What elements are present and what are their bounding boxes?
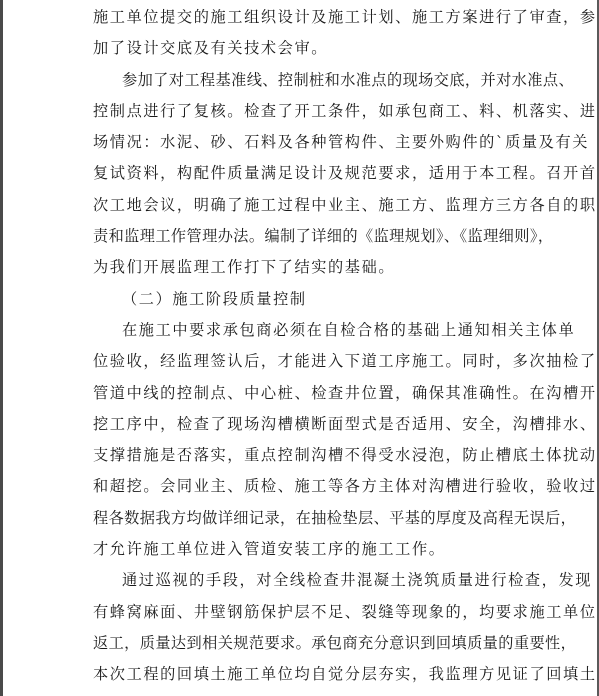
text-line: 控制点进行了复核。检查了开工条件，如承包商工、料、机落实、进 — [93, 96, 513, 127]
paragraph-start: 在施工中要求承包商必须在自检合格的基础上通知相关主体单 — [93, 315, 513, 346]
text-line: 责和监理工作管理办法。编制了详细的《监理规划》、《监理细则》， — [93, 221, 513, 252]
text-line: 复试资料，构配件质量满足设计及规范要求，适用于本工程。召开首 — [93, 158, 513, 189]
text-line: 程各数据我方均做详细记录，在抽检垫层、平基的厚度及高程无误后， — [93, 503, 513, 534]
text-line: 才允许施工单位进入管道安装工序的施工工作。 — [93, 534, 513, 565]
paragraph-start: 通过巡视的手段，对全线检查井混凝土浇筑质量进行检查，发现 — [93, 565, 513, 596]
text-line: 有蜂窝麻面、井壁钢筋保护层不足、裂缝等现象的，均要求施工单位 — [93, 597, 513, 628]
text-line: 支撑措施是否落实，重点控制沟槽不得受水浸泡，防止槽底土体扰动 — [93, 440, 513, 471]
text-line: 为我们开展监理工作打下了结实的基础。 — [93, 252, 513, 283]
text-line: 挖工序中，检查了现场沟槽横断面型式是否适用、安全，沟槽排水、 — [93, 409, 513, 440]
paragraph-start: 参加了对工程基准线、控制桩和水准点的现场交底，并对水准点、 — [93, 65, 513, 96]
text-line: 位验收，经监理签认后，才能进入下道工序施工。同时，多次抽检了 — [93, 346, 513, 377]
text-line: 场情况：水泥、砂、石料及各种管构件、主要外购件的`质量及有关 — [93, 127, 513, 158]
section-heading: （二）施工阶段质量控制 — [93, 284, 513, 315]
document-page: 施工单位提交的施工组织设计及施工计划、施工方案进行了审查，参 加了设计交底及有关… — [93, 2, 513, 691]
text-line: 管道中线的控制点、中心桩、检查井位置，确保其准确性。在沟槽开 — [93, 378, 513, 409]
text-line: 加了设计交底及有关技术会审。 — [93, 33, 513, 64]
text-line: 次工地会议，明确了施工过程中业主、施工方、监理方三方各自的职 — [93, 190, 513, 221]
text-line: 返工，质量达到相关规范要求。承包商充分意识到回填质量的重要性， — [93, 628, 513, 659]
page-left-border — [0, 0, 3, 696]
text-line: 和超挖。会同业主、质检、施工等各方主体对沟槽进行验收，验收过 — [93, 471, 513, 502]
text-line: 本次工程的回填土施工单位均自觉分层夯实，我监理方见证了回填土 — [93, 659, 513, 690]
text-line: 施工单位提交的施工组织设计及施工计划、施工方案进行了审查，参 — [93, 2, 513, 33]
